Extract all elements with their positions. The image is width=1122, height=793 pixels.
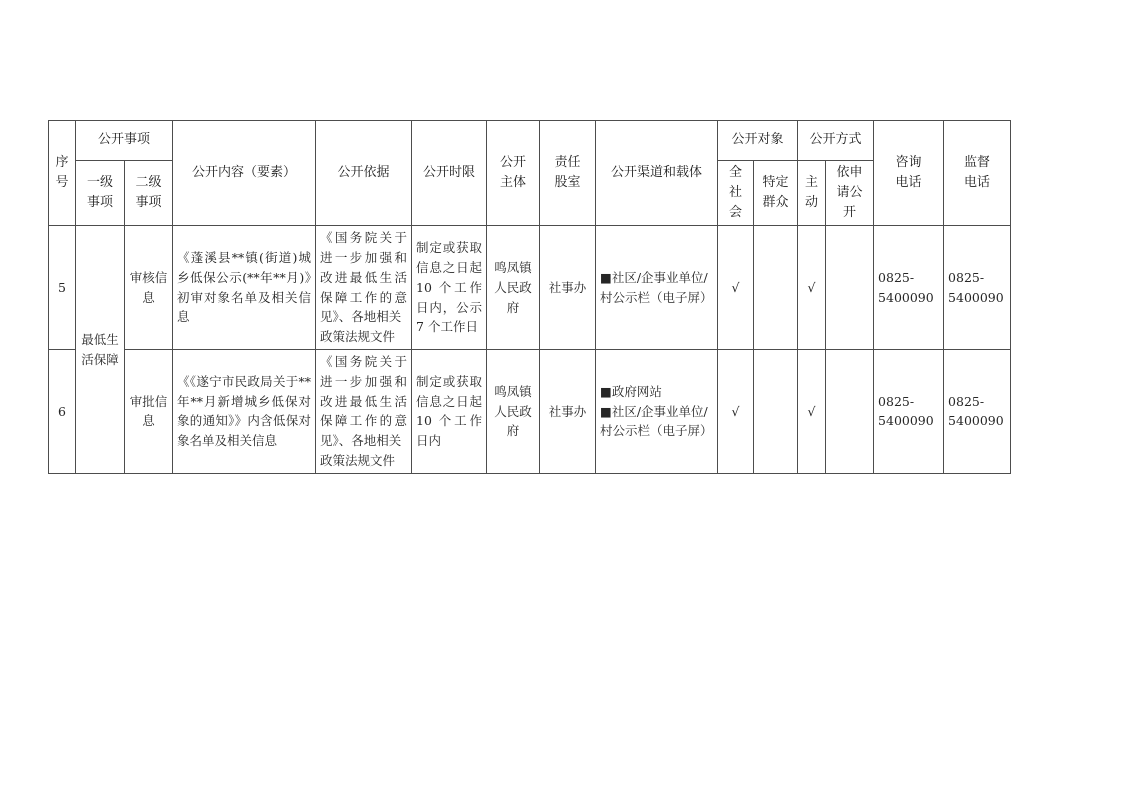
disclosure-table: 序 号 公开事项 公开内容（要素） 公开依据 公开时限 公开 主体 责任 股室 …: [48, 120, 1011, 474]
table-row-5: 5 最低生活保障 审核信息 《蓬溪县**镇(街道)城乡低保公示(**年**月)》…: [49, 226, 1011, 350]
header-row-top: 序 号 公开事项 公开内容（要素） 公开依据 公开时限 公开 主体 责任 股室 …: [49, 121, 1011, 161]
header-seq: 序 号: [49, 121, 76, 226]
header-time-limit: 公开时限: [412, 121, 487, 226]
document-page: 序 号 公开事项 公开内容（要素） 公开依据 公开时限 公开 主体 责任 股室 …: [0, 0, 1122, 793]
cell-consult-phone: 0825- 5400090: [874, 349, 944, 473]
cell-seq: 5: [49, 226, 76, 350]
header-audience-specific: 特定 群众: [754, 161, 798, 226]
cell-office: 社事办: [540, 226, 596, 350]
cell-level2: 审批信息: [125, 349, 173, 473]
header-audience: 公开对象: [718, 121, 798, 161]
header-office: 责任 股室: [540, 121, 596, 226]
cell-seq: 6: [49, 349, 76, 473]
cell-basis: 《国务院关于进一步加强和改进最低生活保障工作的意见》、各地相关 政策法规文件: [316, 226, 412, 350]
cell-channels: ■政府网站 ■社区/企事业单位/村公示栏（电子屏）: [596, 349, 718, 473]
cell-channels: ■社区/企事业单位/村公示栏（电子屏）: [596, 226, 718, 350]
header-consult-phone: 咨询 电话: [874, 121, 944, 226]
cell-method-on-request-check: [826, 226, 874, 350]
cell-basis: 《国务院关于进一步加强和改进最低生活保障工作的意见》、各地相关 政策法规文件: [316, 349, 412, 473]
header-method: 公开方式: [798, 121, 874, 161]
cell-method-active-check: √: [798, 226, 826, 350]
table-row-6: 6 审批信息 《《遂宁市民政局关于**年**月新增城乡低保对象的通知》》内含低保…: [49, 349, 1011, 473]
cell-consult-phone: 0825- 5400090: [874, 226, 944, 350]
header-supervise-phone: 监督 电话: [944, 121, 1011, 226]
cell-supervise-phone: 0825- 5400090: [944, 349, 1011, 473]
cell-level1: 最低生活保障: [76, 226, 125, 474]
cell-subject: 鸣凤镇人民政府: [487, 226, 540, 350]
header-level1: 一级 事项: [76, 161, 125, 226]
header-channels: 公开渠道和载体: [596, 121, 718, 226]
cell-audience-specific-check: [754, 226, 798, 350]
header-method-on-request: 依申 请公 开: [826, 161, 874, 226]
cell-subject: 鸣凤镇人民政府: [487, 349, 540, 473]
cell-audience-all-check: √: [718, 226, 754, 350]
cell-time-limit: 制定或获取信息之日起10 个工作日内: [412, 349, 487, 473]
header-subject: 公开 主体: [487, 121, 540, 226]
cell-method-on-request-check: [826, 349, 874, 473]
cell-audience-all-check: √: [718, 349, 754, 473]
cell-time-limit: 制定或获取信息之日起10 个工作日内，公示7 个工作日: [412, 226, 487, 350]
cell-method-active-check: √: [798, 349, 826, 473]
cell-office: 社事办: [540, 349, 596, 473]
header-basis: 公开依据: [316, 121, 412, 226]
cell-supervise-phone: 0825- 5400090: [944, 226, 1011, 350]
header-level2: 二级 事项: [125, 161, 173, 226]
cell-audience-specific-check: [754, 349, 798, 473]
cell-content: 《蓬溪县**镇(街道)城乡低保公示(**年**月)》初审对象名单及相关信息: [173, 226, 316, 350]
cell-level2: 审核信息: [125, 226, 173, 350]
cell-content: 《《遂宁市民政局关于**年**月新增城乡低保对象的通知》》内含低保对象名单及相关…: [173, 349, 316, 473]
header-public-matters: 公开事项: [76, 121, 173, 161]
header-content: 公开内容（要素）: [173, 121, 316, 226]
header-audience-all: 全 社 会: [718, 161, 754, 226]
header-method-active: 主 动: [798, 161, 826, 226]
